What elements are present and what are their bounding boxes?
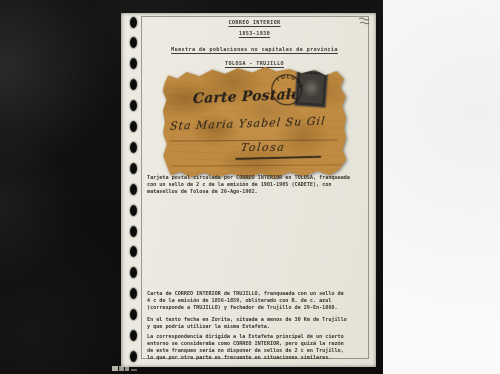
binder-hole (130, 17, 137, 28)
note-line: matasellos de Tolosa de 26-Ago-1902. (147, 189, 355, 196)
card-description: Tarjeta postal circulada por CORREO INTE… (147, 175, 355, 196)
page-subtitle: Muestra de poblaciones no capitales de p… (141, 47, 368, 53)
handwritten-addressee: Sta Maria Ysabel Su Gil (169, 114, 332, 132)
printed-address-rule (171, 163, 341, 165)
note-line: con un sello de 2 c de la emisión de 190… (147, 182, 355, 189)
page-period: 1853-1930 (141, 31, 368, 37)
note-line: En el texto fecha en Zorita, situada a m… (147, 317, 355, 324)
note-line: de este franqueo sería no disponer de se… (147, 348, 355, 355)
pencil-mark-icon (357, 16, 371, 27)
note-line: y que podría utilizar la misma Estafeta. (147, 324, 355, 331)
note-line: Tarjeta postal circulada por CORREO INTE… (147, 175, 355, 182)
binder-hole (130, 58, 137, 69)
binder-hole (130, 142, 137, 153)
postcard-fragment: Carte Postale TOLOSA Sta Maria Ysabel Su… (163, 66, 347, 178)
binder-hole (130, 330, 137, 341)
binder-hole (130, 205, 137, 216)
note-line: entorno se consideraba como CORREO INTER… (147, 341, 355, 348)
binder-hole (130, 184, 137, 195)
note-line: (corresponde a TRUJILLO) y fechador de T… (147, 305, 355, 312)
note-line: Carta de CORREO INTERIOR de TRUJILLO, fr… (147, 291, 355, 298)
binder-hole (130, 37, 137, 48)
binder-hole (130, 309, 137, 320)
binder-hole (130, 163, 137, 174)
postcard-photo: Carte Postale TOLOSA Sta Maria Ysabel Su… (163, 66, 347, 178)
photo-of-album-page: CORREO INTERIOR 1853-1930 Muestra de pob… (0, 0, 500, 374)
note-line: lo que por otra parte es frecuente en si… (147, 355, 355, 362)
album-page: CORREO INTERIOR 1853-1930 Muestra de pob… (121, 13, 376, 367)
binder-hole (130, 121, 137, 132)
binder-hole (130, 79, 137, 90)
note-line: La correspondencia dirigida a la Estafet… (147, 334, 355, 341)
catalog-watermark-icon (112, 365, 140, 373)
postmark-icon: TOLOSA (266, 68, 308, 110)
binder-hole (130, 351, 137, 362)
binder-hole (130, 246, 137, 257)
handwritten-underline (235, 155, 321, 159)
letter-description: Carta de CORREO INTERIOR de TRUJILLO, fr… (147, 291, 355, 312)
correo-interior-note: La correspondencia dirigida a la Estafet… (147, 334, 355, 362)
binder-hole (130, 100, 137, 111)
binder-hole (130, 288, 137, 299)
binder-hole (130, 226, 137, 237)
handwritten-destination: Tolosa (222, 140, 304, 154)
binder-hole (130, 267, 137, 278)
note-line: 4 c de la emisión de 1856-1859, oblitera… (147, 298, 355, 305)
zorita-note: En el texto fecha en Zorita, situada a m… (147, 317, 355, 331)
page-title: CORREO INTERIOR (141, 20, 368, 26)
